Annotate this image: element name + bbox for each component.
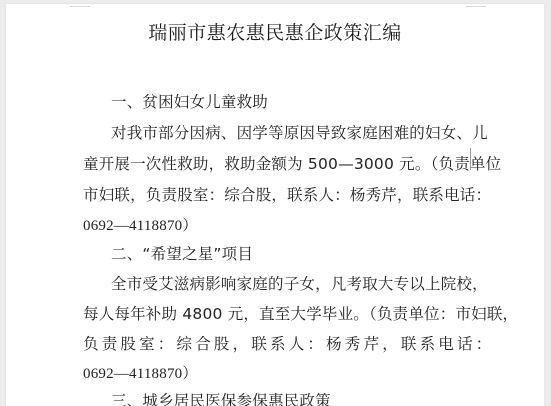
section-1-heading: 一、贫困妇女儿童救助 xyxy=(111,90,268,112)
section-2-line-2: 每人每年补助 4800 元，直至大学毕业。（负责单位：市妇联， xyxy=(83,302,518,324)
section-3-heading: 三、城乡居民医保参保惠民政策 xyxy=(111,389,331,406)
document-page[interactable]: 瑞丽市惠农惠民惠企政策汇编 一、贫困妇女儿童救助 对我市部分因病、因学等原因导致… xyxy=(6,4,544,406)
document-viewport[interactable]: 瑞丽市惠农惠民惠企政策汇编 一、贫困妇女儿童救助 对我市部分因病、因学等原因导致… xyxy=(0,0,551,406)
document-title: 瑞丽市惠农惠民惠企政策汇编 xyxy=(6,18,544,45)
section-1-line-1: 对我市部分因病、因学等原因导致家庭困难的妇女、儿 xyxy=(111,121,488,143)
section-1-line-2: 童开展一次性救助，救助金额为 500—3000 元。（负责单位 xyxy=(83,152,501,174)
section-2-line-4: 0692—4118870） xyxy=(83,362,198,383)
page-corner-mark-left xyxy=(70,6,90,7)
section-1-line-3: 市妇联，负责股室：综合股，联系人：杨秀芹，联系电话： xyxy=(83,183,491,205)
section-2-heading: 二、“希望之星”项目 xyxy=(111,242,253,264)
text-cursor xyxy=(470,148,471,170)
page-corner-mark-right xyxy=(466,6,486,7)
section-2-line-1: 全市受艾滋病影响家庭的子女，凡考取大专以上院校， xyxy=(111,272,488,294)
section-2-line-3: 负责股室：综合股，联系人：杨秀芹，联系电话： xyxy=(83,332,494,354)
section-1-line-4: 0692—4118870） xyxy=(83,214,198,235)
